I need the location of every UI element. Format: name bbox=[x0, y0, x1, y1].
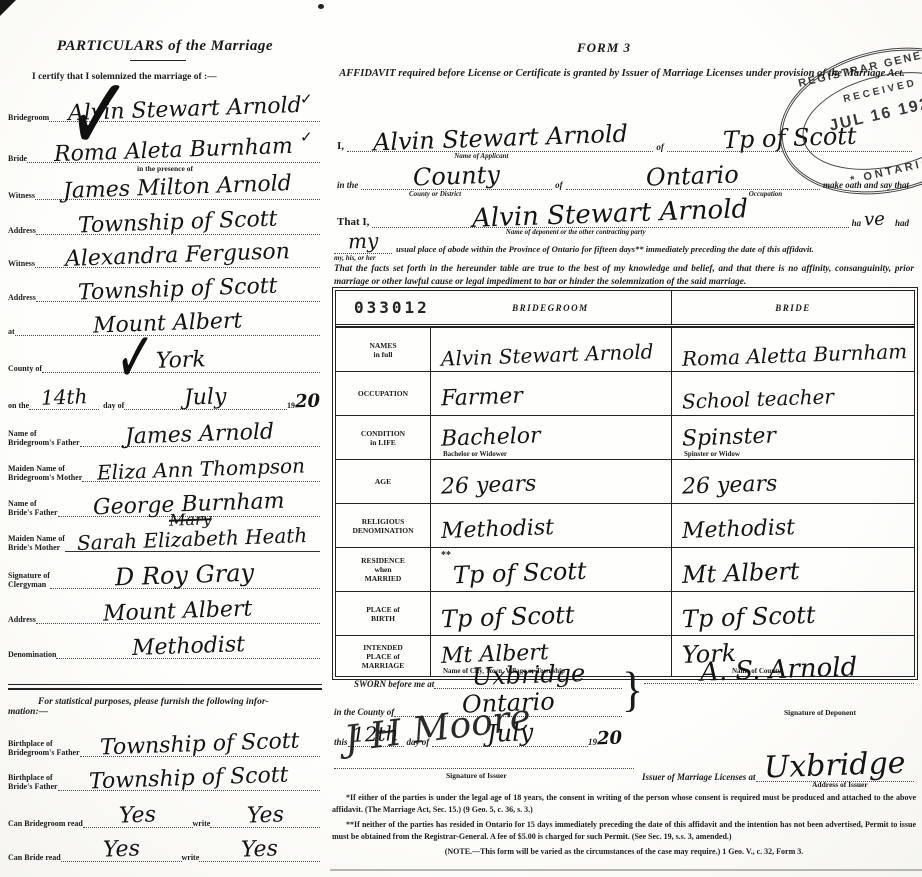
marriage-affidavit-scan: PARTICULARS of the Marriage I certify th… bbox=[0, 0, 922, 877]
field-clergy-address: Address Mount Albert bbox=[8, 598, 320, 624]
field-clergy-signature: Signature of Clergyman D Roy Gray bbox=[8, 563, 320, 589]
field-bride-read-write: Can Bride read Yes write Yes bbox=[8, 836, 320, 862]
check-mark: ✓ bbox=[300, 90, 313, 108]
section-divider bbox=[8, 684, 322, 690]
reference-mark: ** bbox=[441, 550, 451, 561]
deponent-signature: A. S. Arnold bbox=[644, 658, 914, 684]
table-row-birthplace: PLACE of BIRTH Tp of Scott Tp of Scott bbox=[336, 591, 914, 635]
facts-paragraph: That the facts set forth in the hereunde… bbox=[334, 263, 914, 288]
field-witness-1: Witness James Milton Arnold bbox=[8, 174, 320, 200]
brace: } bbox=[622, 661, 643, 717]
footnote-3: (NOTE.—This form will be varied as the c… bbox=[332, 846, 916, 858]
field-address-2: Address Township of Scott bbox=[8, 276, 320, 302]
check-mark: ✓ bbox=[114, 312, 156, 402]
applicant-name: Alvin Stewart Arnold bbox=[372, 123, 628, 155]
particulars-title: PARTICULARS of the Marriage bbox=[8, 38, 322, 55]
struck-text: Mary bbox=[169, 511, 212, 528]
field-bride-mother: Maiden Name of Bride's Mother MarySarah … bbox=[8, 526, 320, 552]
field-address-1: Address Township of Scott bbox=[8, 209, 320, 235]
footnote-1: *If either of the parties is under the l… bbox=[332, 792, 916, 815]
issuer-address-line: Issuer of Marriage Licenses at Uxbridge bbox=[642, 752, 914, 782]
field-bridegroom: Bridegroom Alvin Stewart Arnold bbox=[8, 96, 320, 122]
deponent-name: Alvin Stewart Arnold bbox=[472, 197, 749, 231]
table-row-religion: RELIGIOUS DENOMINATION Methodist Methodi… bbox=[336, 503, 914, 547]
footnote-2: **If neither of the parties has resided … bbox=[332, 819, 916, 842]
field-at: at Mount Albert bbox=[8, 310, 320, 336]
abode-line: my my, his, or her usual place of abode … bbox=[334, 232, 912, 254]
field-groom-read-write: Can Bridegroom read Yes write Yes bbox=[8, 802, 320, 828]
table-row-occupation: OCCUPATION Farmer School teacher bbox=[336, 371, 914, 415]
affidavit-table: 033012 BRIDEGROOM BRIDE NAMES in full Al… bbox=[332, 287, 918, 680]
title-underline bbox=[130, 60, 186, 61]
field-date: on the 14th day of July 19 20 bbox=[8, 384, 320, 410]
field-county: County of York bbox=[8, 347, 320, 373]
field-denomination: Denomination Methodist bbox=[8, 633, 320, 659]
issuer-signature: J H Moore bbox=[344, 712, 531, 746]
table-row-names: NAMES in full Alvin Stewart Arnold Roma … bbox=[336, 327, 914, 371]
table-row-age: AGE 26 years 26 years bbox=[336, 459, 914, 503]
bottom-scan-line bbox=[330, 869, 922, 871]
field-bride: Bride Roma Aleta Burnham bbox=[8, 137, 320, 163]
table-row-residence: RESIDENCE when MARRIED ** Tp of Scott Mt… bbox=[336, 547, 914, 591]
field-birthplace-bride-father: Birthplace of Bride's Father Township of… bbox=[8, 765, 320, 791]
field-witness-2: Witness Alexandra Ferguson bbox=[8, 242, 320, 268]
check-mark: ✓ bbox=[64, 46, 135, 184]
field-bridegroom-father: Name of Bridegroom's Father James Arnold bbox=[8, 421, 320, 447]
field-birthplace-groom-father: Birthplace of Bridegroom's Father Townsh… bbox=[8, 731, 320, 757]
license-number: 033012 bbox=[354, 298, 430, 317]
issuer-signature-line bbox=[334, 768, 634, 769]
deponent-line: That I, Alvin Stewart Arnold Name of dep… bbox=[334, 196, 912, 228]
field-bridegroom-mother: Maiden Name of Bridegroom's Mother Eliza… bbox=[8, 456, 320, 482]
table-header: 033012 BRIDEGROOM BRIDE bbox=[336, 291, 914, 327]
affidavit-section: FORM 3 AFFIDAVIT required before License… bbox=[330, 0, 918, 877]
table-row-condition: CONDITION in LIFE Bachelor Bachelor or W… bbox=[336, 415, 914, 459]
sworn-place-line: SWORN before me at Uxbridge bbox=[354, 664, 622, 689]
check-mark: ✓ bbox=[300, 128, 313, 146]
form-number: FORM 3 bbox=[330, 40, 878, 56]
sworn-block: SWORN before me at Uxbridge in the Count… bbox=[334, 664, 914, 789]
column-bride: BRIDE bbox=[672, 303, 914, 313]
particulars-section: PARTICULARS of the Marriage I certify th… bbox=[8, 0, 322, 877]
column-bridegroom: BRIDEGROOM bbox=[430, 303, 671, 313]
footnotes: *If either of the parties is under the l… bbox=[332, 792, 916, 862]
statistical-heading: For statistical purposes, please furnish… bbox=[8, 697, 322, 717]
